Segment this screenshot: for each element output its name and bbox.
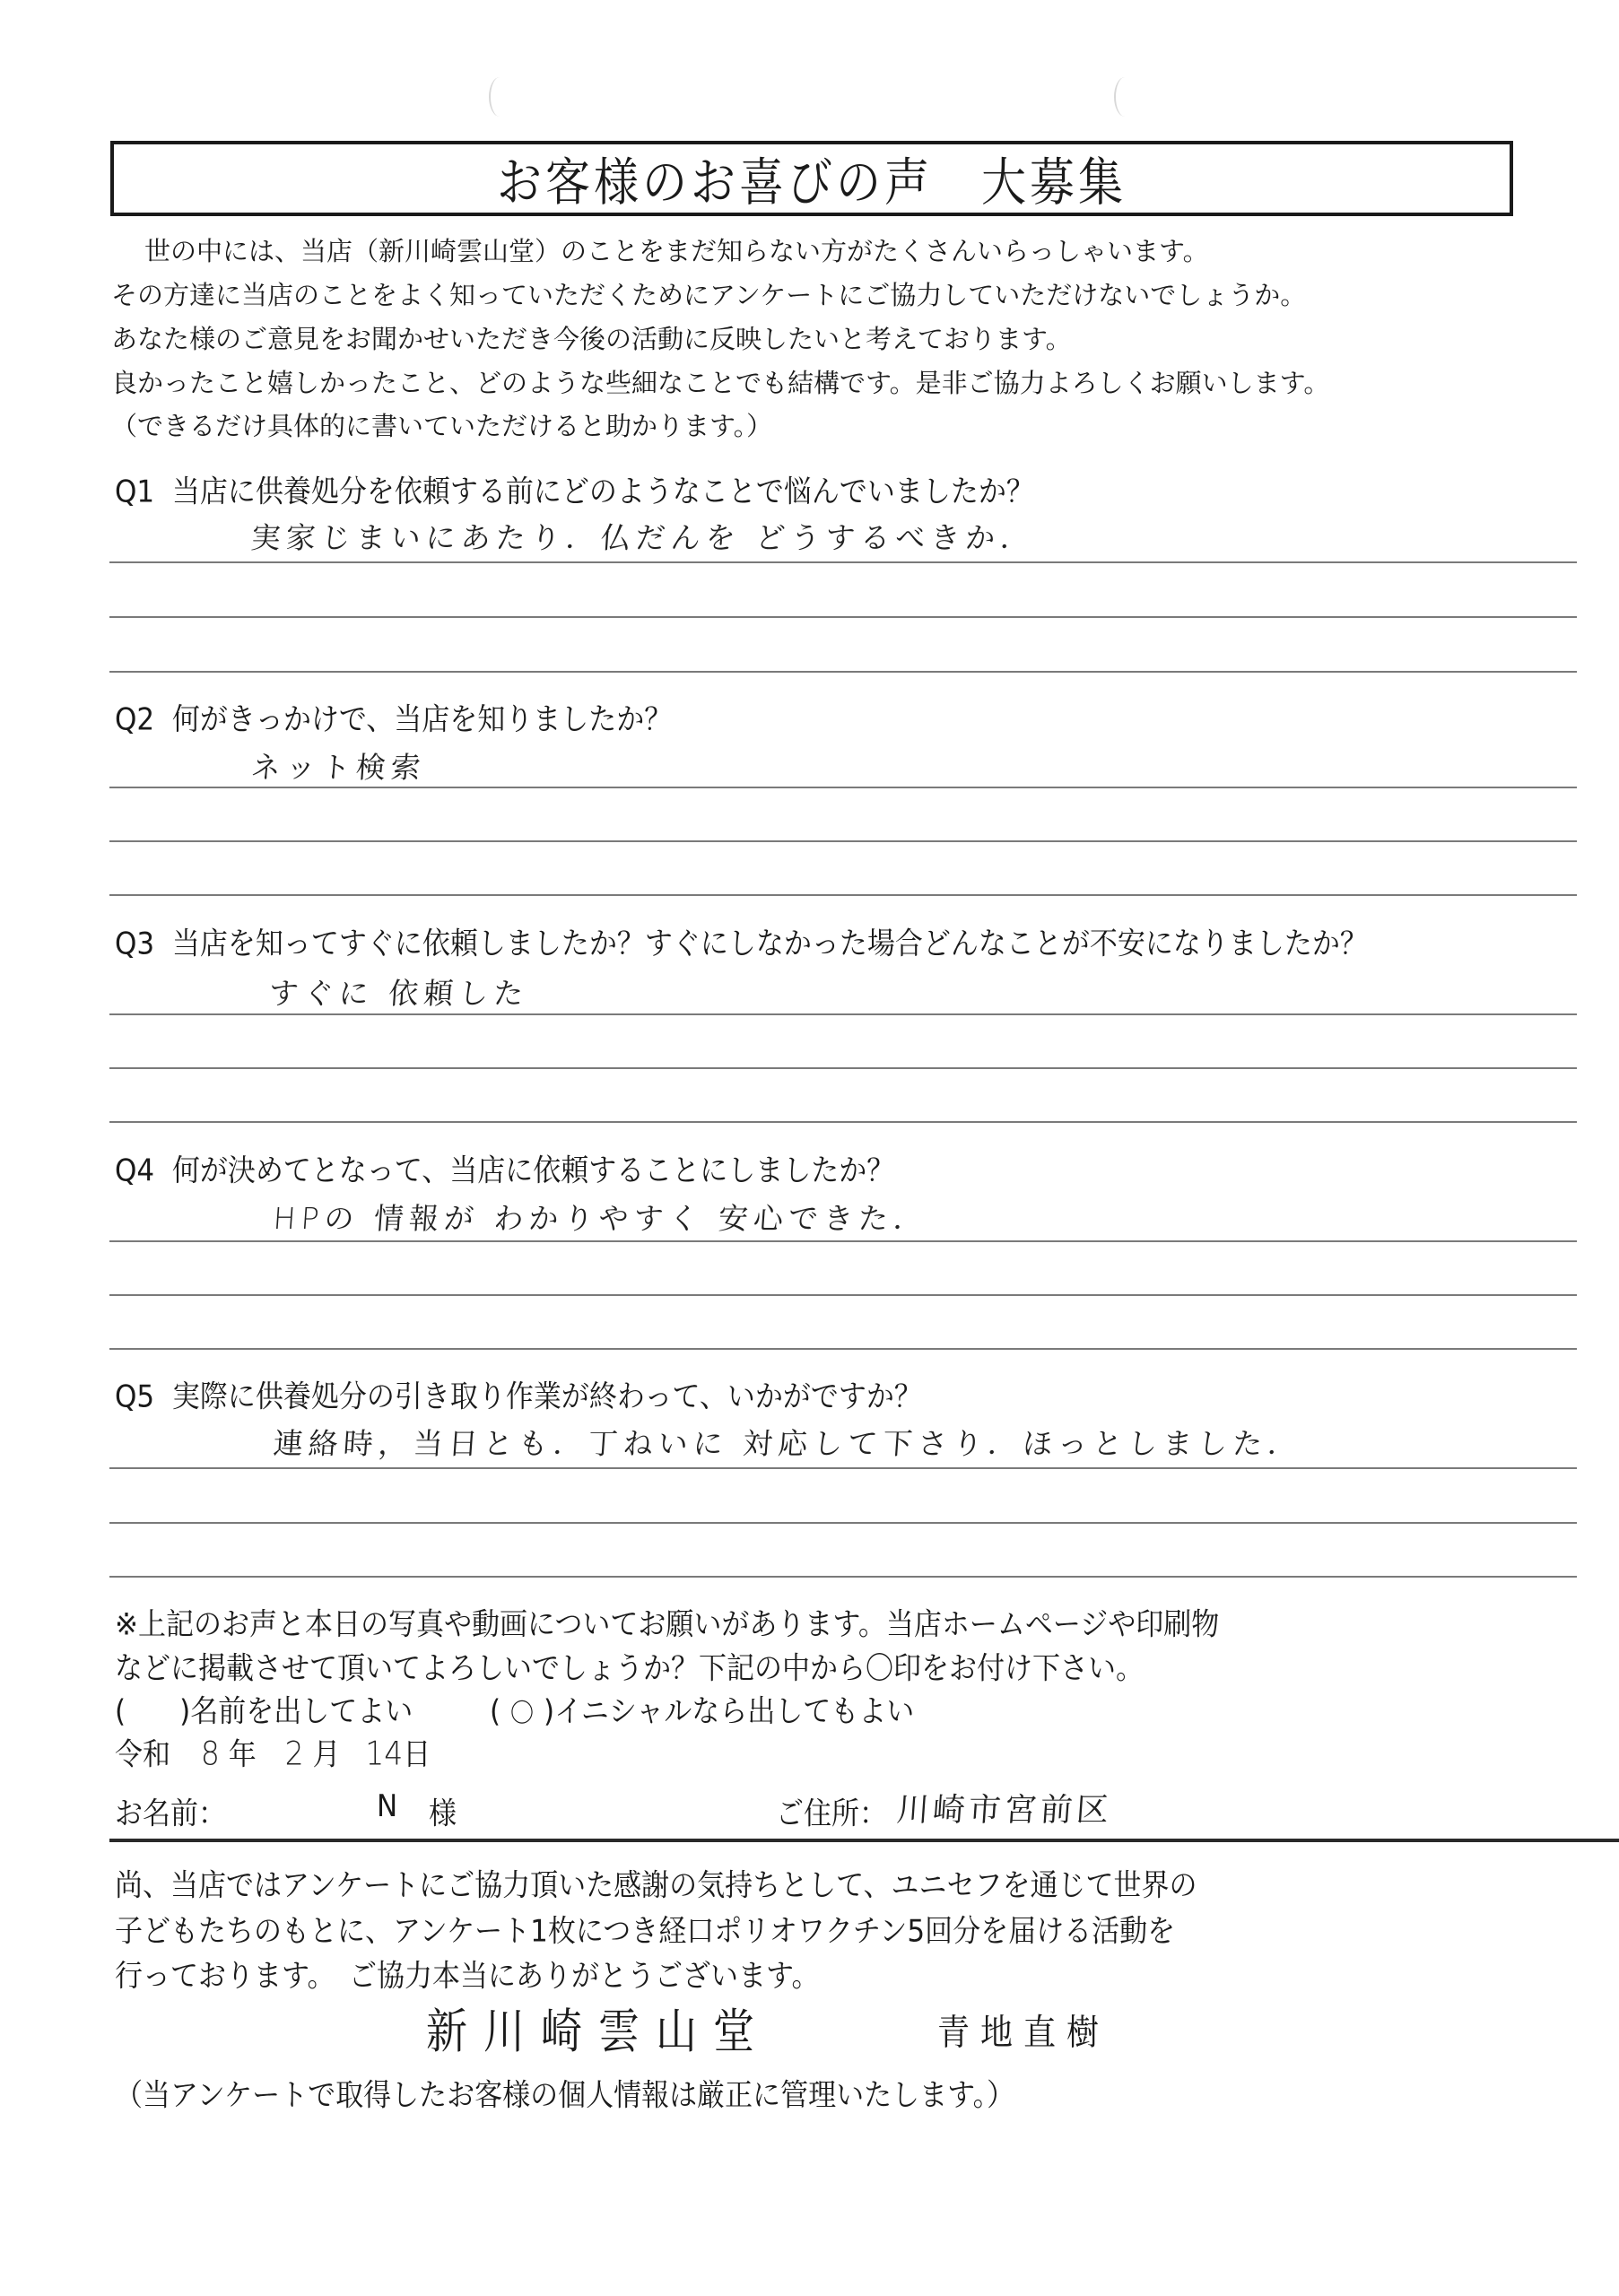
honorific: 様 [429, 1788, 457, 1833]
question-label: Q4 [115, 1153, 154, 1189]
name-value[interactable]: N [377, 1788, 397, 1824]
name-label: お名前： [115, 1788, 226, 1833]
question-label: Q5 [115, 1379, 154, 1415]
date-era: 令和 [115, 1737, 170, 1773]
answer-line [109, 1522, 1577, 1524]
question-label: Q3 [115, 926, 154, 962]
punch-hole-mark-left [489, 77, 510, 117]
question-text: 実際に供養処分の引き取り作業が終わって、いかがですか？ [172, 1379, 922, 1415]
answer-line [109, 787, 1577, 788]
answer-line [109, 1067, 1577, 1069]
intro-line-2: その方達に当店のことをよく知っていただくためにアンケートにご協力していただけない… [111, 283, 1306, 309]
option-initial-label: イニシャルなら出してもよい [554, 1694, 914, 1730]
date-day-unit: 日 [403, 1737, 431, 1773]
option-initial-checkbox[interactable]: 〇 [500, 1692, 544, 1729]
intro-line-4: 良かったこと嬉しかったこと、どのような些細なことでも結構です。是非ご協力よろしく… [111, 370, 1329, 396]
question-text: 当店を知ってすぐに依頼しましたか？すぐにしなかった場合どんなことが不安になりまし… [172, 926, 1368, 962]
date-day[interactable]: 14 [365, 1734, 403, 1772]
date-year-unit: 年 [229, 1737, 257, 1773]
answer-3[interactable]: すぐに 依頼した [267, 970, 530, 1013]
address-value[interactable]: 川崎市宮前区 [895, 1785, 1114, 1831]
answer-line [109, 616, 1577, 618]
intro-line-1: 世の中には、当店（新川崎雲山堂）のことをまだ知らない方がたくさんいらっしゃいます… [118, 239, 1209, 265]
note-line-2: 子どもたちのもとに、アンケート1枚につき経口ポリオワクチン5回分を届ける活動を [115, 1906, 1175, 1951]
question-label: Q2 [115, 702, 154, 738]
answer-line [109, 561, 1577, 563]
answer-line [109, 1013, 1577, 1015]
signature-divider [109, 1839, 1619, 1842]
question-2: Q2 何がきっかけで、当店を知りましたか？ [115, 694, 672, 739]
question-text: 何が決めてとなって、当店に依頼することにしましたか？ [172, 1153, 894, 1189]
answer-line [109, 1294, 1577, 1296]
question-3: Q3 当店を知ってすぐに依頼しましたか？すぐにしなかった場合どんなことが不安にな… [115, 918, 1368, 963]
punch-hole-mark-right [1114, 77, 1136, 117]
answer-4[interactable]: HPの 情報が わかりやすく 安心できた． [272, 1196, 929, 1238]
page-title: お客様のお喜びの声 大募集 [497, 142, 1127, 216]
answer-line [109, 1121, 1577, 1123]
note-line-3: 行っております。 ご協力本当にありがとうございます。 [115, 1951, 820, 1996]
answer-line [109, 1576, 1577, 1578]
owner-name: 青地直樹 [937, 2005, 1110, 2055]
title-box: お客様のお喜びの声 大募集 [110, 141, 1513, 216]
answer-line [109, 840, 1577, 842]
date-row: 令和 8 年 2 月 14日 [115, 1729, 431, 1774]
note-line-1: 尚、当店ではアンケートにご協力頂いた感謝の気持ちとして、ユニセフを通じて世界の [115, 1860, 1197, 1905]
consent-line-2: などに掲載させて頂いてよろしいでしょうか？下記の中から〇印をお付け下さい。 [115, 1643, 1144, 1688]
option-name-label: 名前を出してよい [190, 1694, 413, 1730]
question-label: Q1 [115, 474, 154, 510]
option-name-open-paren: ( [115, 1694, 126, 1730]
question-text: 当店に供養処分を依頼する前にどのようなことで悩んでいましたか？ [172, 474, 1034, 510]
answer-line [109, 894, 1577, 896]
question-text: 何がきっかけで、当店を知りましたか？ [172, 702, 672, 738]
privacy-note: （当アンケートで取得したお客様の個人情報は厳正に管理いたします。） [115, 2070, 1014, 2115]
intro-line-5: （できるだけ具体的に書いていただけると助かります。） [111, 413, 772, 439]
address-label: ご住所： [776, 1788, 887, 1833]
question-1: Q1 当店に供養処分を依頼する前にどのようなことで悩んでいましたか？ [115, 466, 1034, 511]
answer-2[interactable]: ネット検索 [249, 744, 427, 787]
date-month[interactable]: 2 [285, 1734, 304, 1772]
intro-line-3: あなた様のご意見をお聞かせいただき今後の活動に反映したいと考えております。 [111, 326, 1072, 352]
consent-line-1: ※上記のお声と本日の写真や動画についてお願いがあります。当店ホームページや印刷物 [115, 1599, 1219, 1644]
shop-name: 新川崎雲山堂 [426, 1994, 770, 2062]
answer-line [109, 671, 1577, 673]
answer-line [109, 1240, 1577, 1242]
date-month-unit: 月 [312, 1737, 340, 1773]
answer-line [109, 1348, 1577, 1350]
answer-1[interactable]: 実家じまいにあたり．仏だんを どうするべきか． [249, 515, 1037, 557]
date-year[interactable]: 8 [201, 1734, 220, 1772]
answer-line [109, 1467, 1577, 1469]
question-4: Q4 何が決めてとなって、当店に依頼することにしましたか？ [115, 1145, 894, 1190]
answer-5[interactable]: 連絡時，当日とも．丁ねいに 対応して下さり．ほっとしました． [272, 1421, 1304, 1463]
question-5: Q5 実際に供養処分の引き取り作業が終わって、いかがですか？ [115, 1371, 922, 1416]
consent-options: ()名前を出してよい (〇)イニシャルなら出してもよい [115, 1686, 914, 1731]
